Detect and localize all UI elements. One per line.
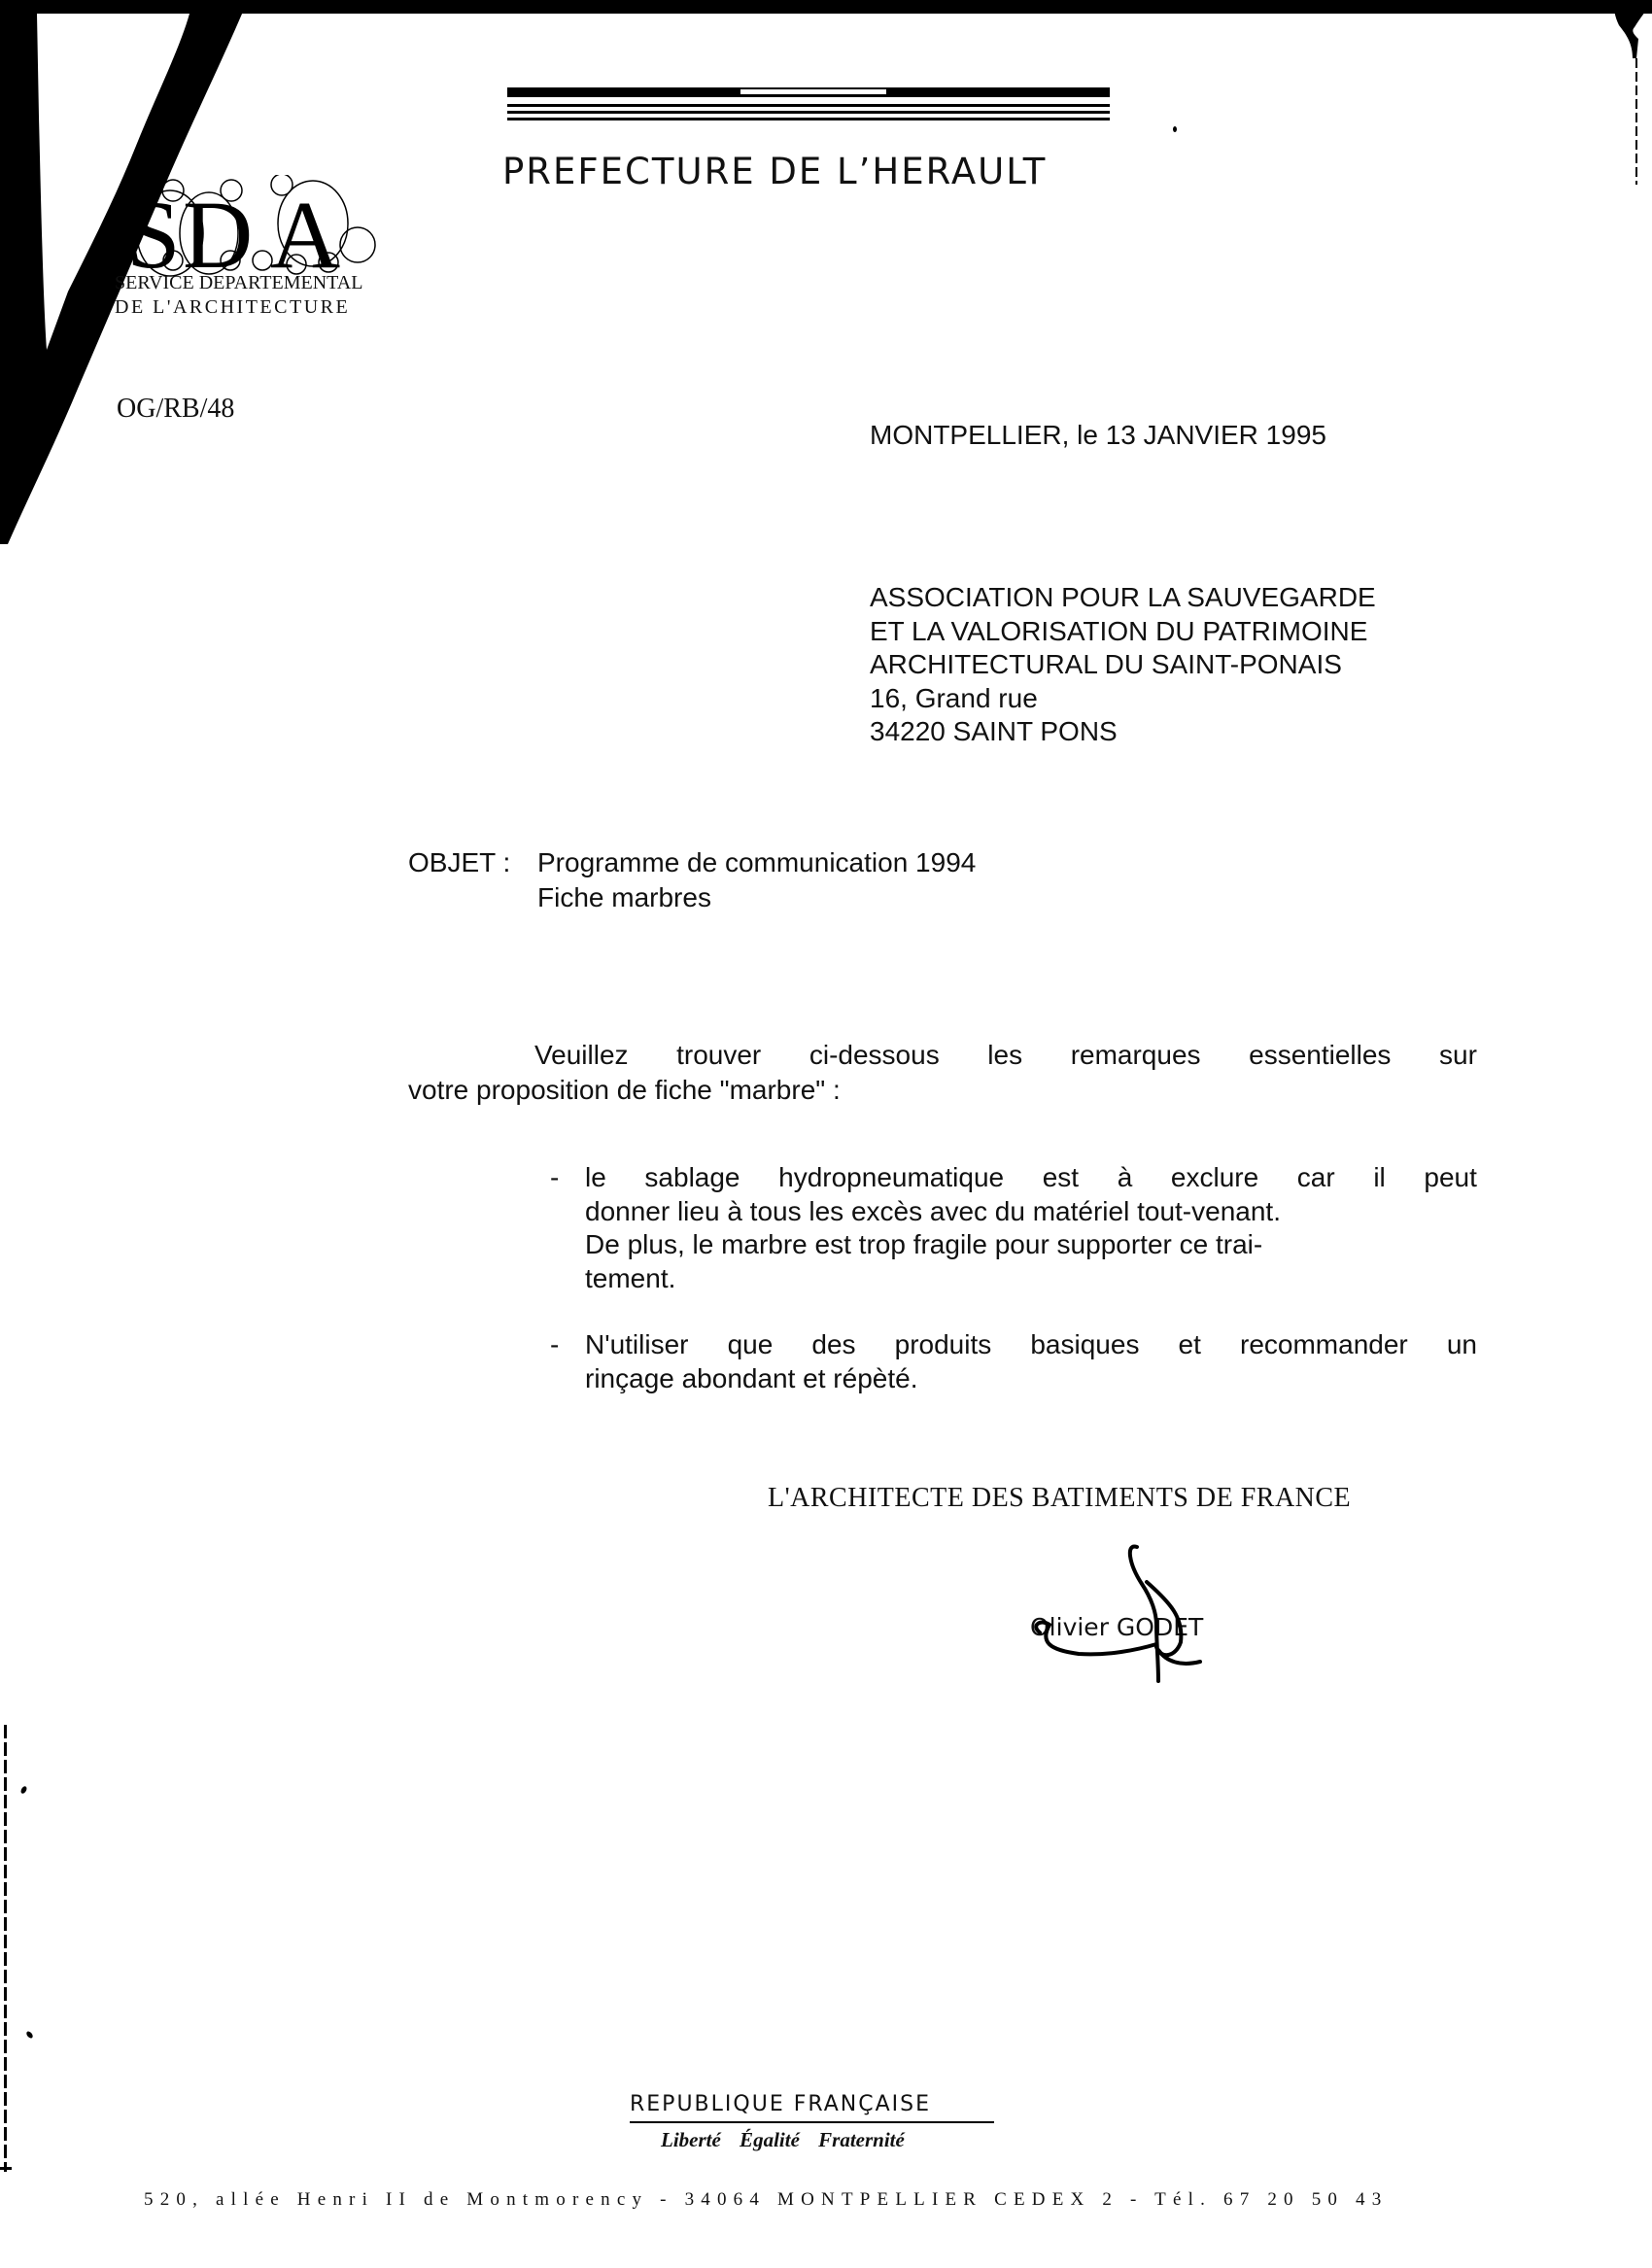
subject-line-2: Fiche marbres xyxy=(408,880,976,915)
recipient-line: ET LA VALORISATION DU PATRIMOINE xyxy=(870,615,1376,649)
remarks-list: - lesablagehydropneumatiqueestàexclureca… xyxy=(544,1161,1477,1428)
national-motto: Liberté Égalité Fraternité xyxy=(661,2128,905,2152)
footer-address: 520, allée Henri II de Montmorency - 340… xyxy=(144,2189,1388,2211)
scan-edge-tick xyxy=(0,2167,12,2170)
intro-word: les xyxy=(987,1038,1022,1073)
republique-rule xyxy=(630,2121,994,2123)
intro-word: ci-dessous xyxy=(809,1038,940,1073)
intro-paragraph: Veuilleztrouverci-dessouslesremarquesess… xyxy=(408,1038,1477,1108)
remark-line: De plus, le marbre est trop fragile pour… xyxy=(585,1228,1477,1262)
intro-word: Veuillez xyxy=(534,1038,629,1073)
scan-speck xyxy=(25,2030,34,2039)
header-rules xyxy=(507,87,1110,122)
remark-item: - lesablagehydropneumatiqueestàexclureca… xyxy=(544,1161,1477,1295)
scan-speck xyxy=(1173,126,1177,132)
remark-line: rinçage abondant et répèté. xyxy=(585,1362,1477,1396)
intro-word: sur xyxy=(1439,1038,1477,1073)
republique-heading: REPUBLIQUE FRANÇAISE xyxy=(630,2092,931,2116)
logo-architecture-line: DE L'ARCHITECTURE xyxy=(115,296,350,319)
authority-heading: PREFECTURE DE L’HERAULT xyxy=(502,151,1047,192)
recipient-address: ASSOCIATION POUR LA SAUVEGARDE ET LA VAL… xyxy=(870,581,1376,749)
recipient-line: ARCHITECTURAL DU SAINT-PONAIS xyxy=(870,648,1376,682)
reference-code: OG/RB/48 xyxy=(117,394,234,425)
scan-edge-left xyxy=(4,1725,7,2172)
logo-service-line: SERVICE DEPARTEMENTAL xyxy=(115,272,362,294)
signatory-title: L'ARCHITECTE DES BATIMENTS DE FRANCE xyxy=(768,1483,1351,1514)
intro-word: trouver xyxy=(676,1038,761,1073)
subject-block: OBJET :Programme de communication 1994 F… xyxy=(408,845,976,915)
remark-line: N'utiliserquedesproduitsbasiquesetrecomm… xyxy=(585,1328,1477,1362)
intro-word: remarques xyxy=(1071,1038,1201,1073)
handwritten-signature-icon xyxy=(1011,1535,1263,1691)
scan-shadow-right xyxy=(1613,0,1652,194)
intro-word: essentielles xyxy=(1249,1038,1391,1073)
recipient-line: ASSOCIATION POUR LA SAUVEGARDE xyxy=(870,581,1376,615)
scan-speck xyxy=(19,1785,27,1794)
intro-line-1: Veuilleztrouverci-dessouslesremarquesess… xyxy=(408,1038,1477,1073)
remark-line: lesablagehydropneumatiqueestàexclurecari… xyxy=(585,1161,1477,1195)
date-line: MONTPELLIER, le 13 JANVIER 1995 xyxy=(870,420,1326,451)
subject-line-1: Programme de communication 1994 xyxy=(537,847,976,877)
recipient-line: 16, Grand rue xyxy=(870,682,1376,716)
intro-line-2: votre proposition de fiche "marbre" : xyxy=(408,1073,1477,1108)
remark-item: - N'utiliserquedesproduitsbasiquesetreco… xyxy=(544,1328,1477,1395)
subject-label: OBJET : xyxy=(408,845,537,880)
recipient-line: 34220 SAINT PONS xyxy=(870,715,1376,749)
remark-line: tement. xyxy=(585,1262,1477,1296)
remark-line: donner lieu à tous les excès avec du mat… xyxy=(585,1195,1477,1229)
